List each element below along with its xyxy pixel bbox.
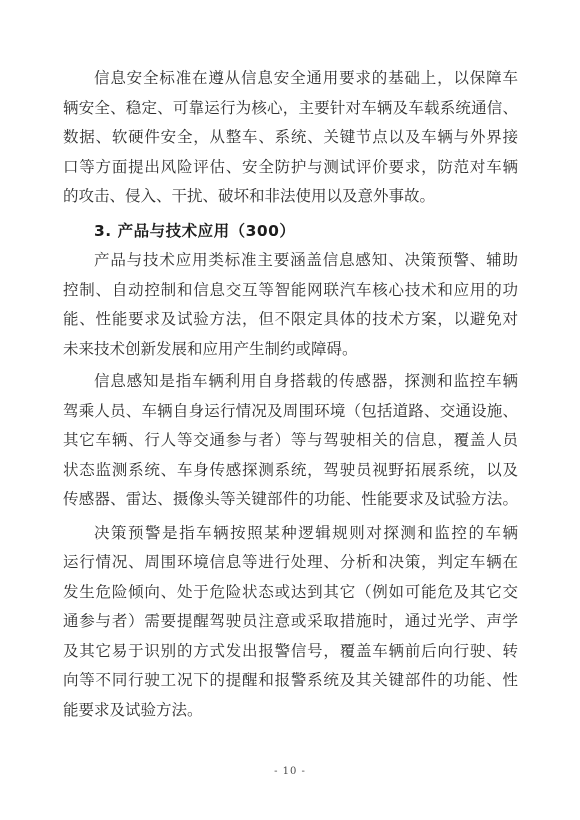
section-heading: 3. 产品与技术应用（300） (63, 217, 518, 247)
text-line: 传感器、雷达、摄像头等关键部件的功能、性能要求及试验方法。 (63, 485, 518, 515)
text-line: 其它车辆、行人等交通参与者）等与驾驶相关的信息，覆盖人员 (63, 426, 518, 456)
paragraph-info-security: 信息安全标准在遵从信息安全通用要求的基础上，以保障车 辆安全、稳定、可靠运行为核… (63, 64, 518, 212)
text-line: 信息感知是指车辆利用自身搭载的传感器，探测和监控车辆 (63, 367, 518, 397)
page-body-text: 信息安全标准在遵从信息安全通用要求的基础上，以保障车 辆安全、稳定、可靠运行为核… (63, 64, 518, 725)
text-line: 状态监测系统、车身传感探测系统，驾驶员视野拓展系统，以及 (63, 456, 518, 486)
text-line: 驾乘人员、车辆自身运行情况及周围环境（包括道路、交通设施、 (63, 397, 518, 427)
paragraph-info-perception: 信息感知是指车辆利用自身搭载的传感器，探测和监控车辆 驾乘人员、车辆自身运行情况… (63, 367, 518, 515)
text-line: 通参与者）需要提醒驾驶员注意或采取措施时，通过光学、声学 (63, 607, 518, 637)
text-line: 产品与技术应用类标准主要涵盖信息感知、决策预警、辅助 (63, 246, 518, 276)
text-line: 及其它易于识别的方式发出报警信号，覆盖车辆前后向行驶、转 (63, 637, 518, 667)
text-line: 能要求及试验方法。 (63, 696, 518, 726)
page-number: - 10 - (0, 766, 580, 777)
text-line: 发生危险倾向、处于危险状态或达到其它（例如可能危及其它交 (63, 578, 518, 608)
text-line: 向等不同行驶工况下的提醒和报警系统及其关键部件的功能、性 (63, 666, 518, 696)
text-line: 能、性能要求及试验方法，但不限定具体的技术方案，以避免对 (63, 305, 518, 335)
text-line: 信息安全标准在遵从信息安全通用要求的基础上，以保障车 (63, 64, 518, 94)
text-line: 控制、自动控制和信息交互等智能网联汽车核心技术和应用的功 (63, 276, 518, 306)
text-line: 决策预警是指车辆按照某种逻辑规则对探测和监控的车辆 (63, 519, 518, 549)
text-line: 运行情况、周围环境信息等进行处理、分析和决策，判定车辆在 (63, 548, 518, 578)
text-line: 口等方面提出风险评估、安全防护与测试评价要求，防范对车辆 (63, 153, 518, 183)
paragraph-decision-warning: 决策预警是指车辆按照某种逻辑规则对探测和监控的车辆 运行情况、周围环境信息等进行… (63, 519, 518, 726)
text-line: 未来技术创新发展和应用产生制约或障碍。 (63, 335, 518, 365)
text-line: 数据、软硬件安全，从整车、系统、关键节点以及车辆与外界接 (63, 123, 518, 153)
paragraph-product-tech-overview: 产品与技术应用类标准主要涵盖信息感知、决策预警、辅助 控制、自动控制和信息交互等… (63, 246, 518, 364)
text-line: 的攻击、侵入、干扰、破坏和非法使用以及意外事故。 (63, 182, 518, 212)
text-line: 辆安全、稳定、可靠运行为核心，主要针对车辆及车载系统通信、 (63, 94, 518, 124)
document-page: 信息安全标准在遵从信息安全通用要求的基础上，以保障车 辆安全、稳定、可靠运行为核… (0, 0, 580, 820)
